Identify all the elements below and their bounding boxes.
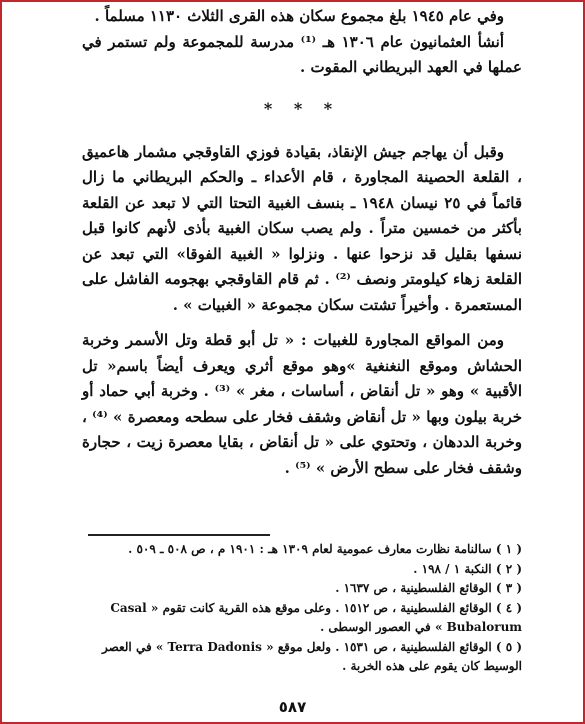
footnote-3: ( ٣ ) الوقائع الفلسطينية ، ص ١٦٣٧ . <box>82 579 522 599</box>
footnote-4: ( ٤ ) الوقائع الفلسطينية ، ص ١٥١٢ . وعلى… <box>82 599 522 638</box>
footnote-2: ( ٢ ) النكبة ١ / ١٩٨ . <box>82 560 522 580</box>
section-separator: * * * <box>82 99 522 118</box>
paragraph-population: وفي عام ١٩٤٥ بلغ مجموع سكان هذه القرى ال… <box>82 4 522 30</box>
page-number: ٥٨٧ <box>0 698 585 716</box>
footnote-5: ( ٥ ) الوقائع الفلسطينية ، ص ١٥٣١ . ولعل… <box>82 638 522 677</box>
paragraph-nearby-sites: ومن المواقع المجاورة للغبيات : « تل أبو … <box>82 328 522 481</box>
paragraph-school: أنشأ العثمانيون عام ١٣٠٦ هـ ⁽¹⁾ مدرسة لل… <box>82 30 522 81</box>
book-page-body: وفي عام ١٩٤٥ بلغ مجموع سكان هذه القرى ال… <box>82 4 522 481</box>
footnotes: ( ١ ) سالنامة نظارت معارف عمومية لعام ١٣… <box>82 540 522 677</box>
footnote-1: ( ١ ) سالنامة نظارت معارف عمومية لعام ١٣… <box>82 540 522 560</box>
paragraph-attack: وقبل أن يهاجم جيش الإنقاذ، بقيادة فوزي ا… <box>82 140 522 319</box>
footnote-divider <box>88 534 270 536</box>
